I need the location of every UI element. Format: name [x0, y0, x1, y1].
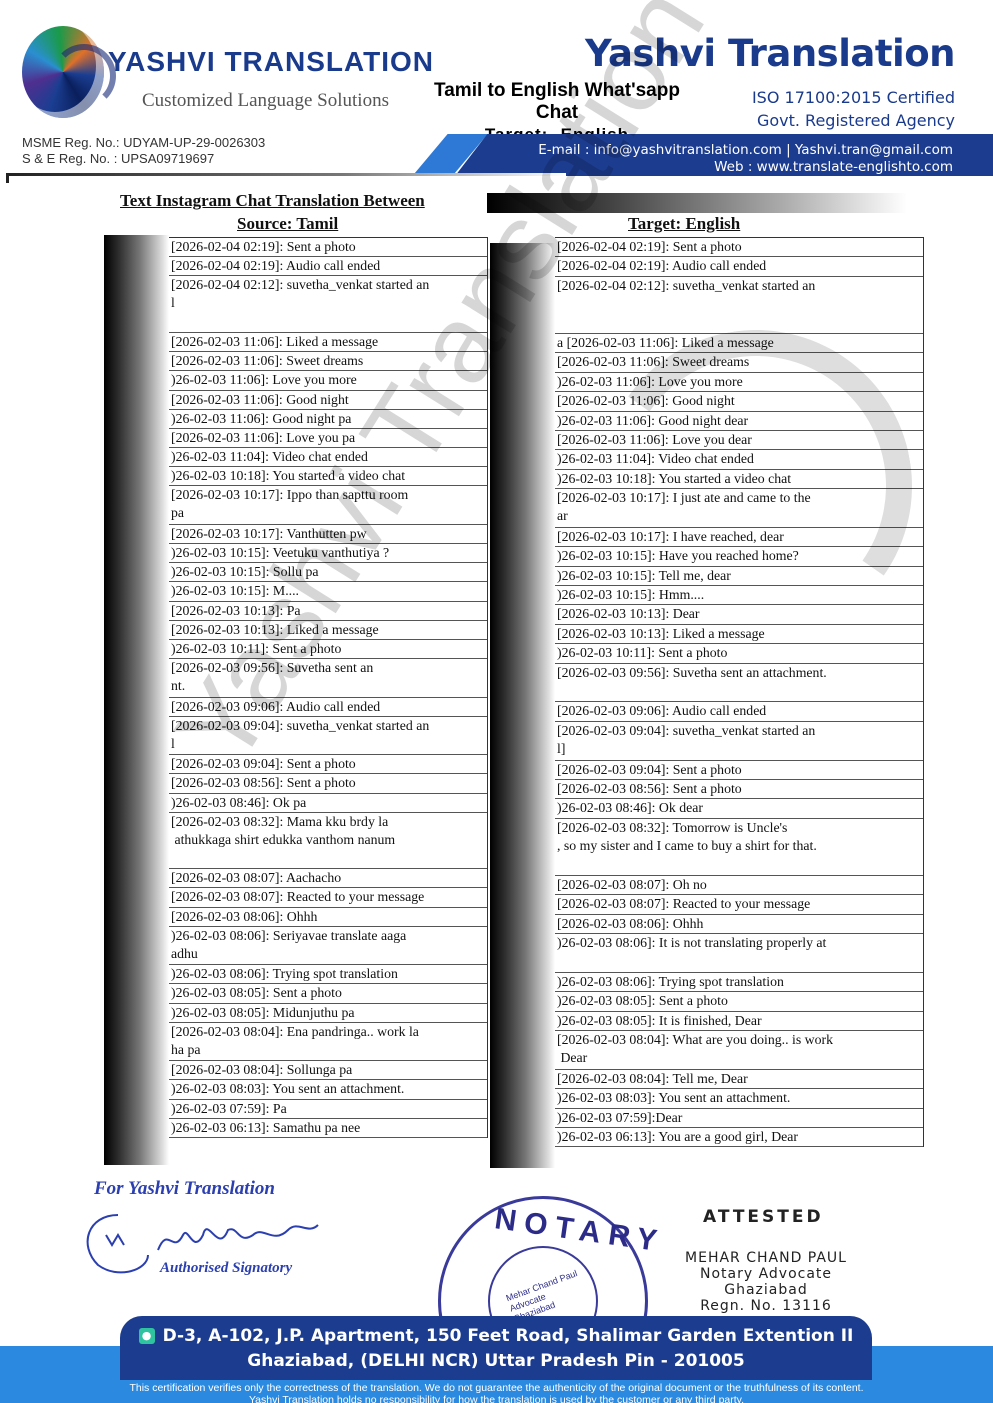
address-line-1: D-3, A-102, J.P. Apartment, 150 Feet Roa… [163, 1326, 854, 1346]
chat-row: )26-02-03 10:15]: M.... [169, 582, 487, 601]
document-title-main: Tamil to English What'sapp Chat [412, 80, 702, 124]
chat-row: )26-02-03 08:06]: Seriyavae translate aa… [169, 927, 487, 965]
table-title: Text Instagram Chat Translation Between [120, 191, 425, 211]
notary-details: MEHAR CHAND PAUL Notary Advocate Ghaziab… [676, 1250, 856, 1314]
office-address: ●D-3, A-102, J.P. Apartment, 150 Feet Ro… [120, 1324, 872, 1374]
chat-row: )26-02-03 07:59]:Dear [555, 1109, 923, 1128]
email-line[interactable]: E-mail : info@yashvitranslation.com | Ya… [538, 142, 953, 159]
redaction-shade-right [490, 243, 555, 1168]
brand-name-right: Yashvi Translation [585, 32, 955, 75]
chat-row: [2026-02-03 10:17]: I just ate and came … [555, 489, 923, 528]
chat-row: )26-02-03 10:11]: Sent a photo [169, 640, 487, 659]
chat-row: [2026-02-03 11:06]: Sweet dreams [169, 352, 487, 371]
chat-row: [2026-02-03 10:17]: I have reached, dear [555, 528, 923, 547]
chat-row: )26-02-03 08:05]: Midunjuthu pa [169, 1004, 487, 1023]
chat-row: )26-02-03 11:04]: Video chat ended [169, 448, 487, 467]
web-line[interactable]: Web : www.translate-englishto.com [538, 159, 953, 176]
redaction-bar [487, 193, 907, 213]
chat-row: [2026-02-04 02:19]: Audio call ended [169, 257, 487, 276]
source-heading: Source: Tamil [237, 214, 338, 234]
header-divider [6, 173, 566, 176]
chat-row: )26-02-03 10:18]: You started a video ch… [555, 470, 923, 489]
notary-regn: Regn. No. 13116 [676, 1298, 856, 1314]
chat-row: [2026-02-03 08:04]: Ena pandringa.. work… [169, 1023, 487, 1061]
notary-name: MEHAR CHAND PAUL [676, 1250, 856, 1266]
disclaimer-line-2: Yashvi Translation holds no responsibili… [0, 1394, 993, 1403]
chat-row: [2026-02-03 11:06]: Love you dear [555, 431, 923, 450]
chat-row: [2026-02-04 02:19]: Audio call ended [555, 257, 923, 276]
chat-row: )26-02-03 10:15]: Hmm.... [555, 586, 923, 605]
chat-row: [2026-02-03 10:13]: Dear [555, 605, 923, 624]
attested-stamp: ATTESTED [703, 1207, 824, 1227]
chat-row: [2026-02-03 09:56]: Suvetha sent an nt. [169, 659, 487, 697]
chat-row: [2026-02-03 08:04]: What are you doing..… [555, 1031, 923, 1070]
chat-row: [2026-02-03 08:32]: Tomorrow is Uncle's … [555, 819, 923, 876]
notary-title: Notary Advocate [676, 1266, 856, 1282]
chat-row: )26-02-03 06:13]: Samathu pa nee [169, 1119, 487, 1138]
chat-row: [2026-02-03 08:04]: Sollunga pa [169, 1061, 487, 1080]
location-pin-icon: ● [139, 1328, 155, 1344]
chat-row: )26-02-03 08:05]: Sent a photo [169, 984, 487, 1003]
chat-row: )26-02-03 10:18]: You started a video ch… [169, 467, 487, 486]
chat-row: )26-02-03 08:05]: It is finished, Dear [555, 1012, 923, 1031]
chat-row: )26-02-03 10:15]: Veetuku vanthutiya ? [169, 544, 487, 563]
chat-row: [2026-02-03 11:06]: Good night [555, 392, 923, 411]
chat-row: )26-02-03 11:04]: Video chat ended [555, 450, 923, 469]
chat-row: [2026-02-03 09:04]: Sent a photo [169, 755, 487, 774]
chat-row: [2026-02-03 10:17]: Vanthutten pw [169, 525, 487, 544]
chat-row: [2026-02-03 09:56]: Suvetha sent an atta… [555, 664, 923, 703]
target-column: [2026-02-04 02:19]: Sent a photo[2026-02… [555, 237, 924, 1147]
globe-logo-icon [22, 26, 104, 118]
chat-row: [2026-02-03 08:04]: Tell me, Dear [555, 1070, 923, 1089]
chat-row: )26-02-03 11:06]: Good night dear [555, 412, 923, 431]
chat-row: [2026-02-03 09:04]: suvetha_venkat start… [555, 722, 923, 761]
target-heading: Target: English [628, 214, 740, 234]
msme-reg: MSME Reg. No.: UDYAM-UP-29-0026303 [22, 135, 265, 151]
chat-row: )26-02-03 07:59]: Pa [169, 1100, 487, 1119]
brand-name-left: YASHVI TRANSLATION [108, 46, 434, 78]
chat-row: [2026-02-03 10:13]: Liked a message [555, 625, 923, 644]
chat-row: a [2026-02-03 11:06]: Liked a message [555, 334, 923, 353]
chat-row: [2026-02-03 08:56]: Sent a photo [555, 780, 923, 799]
disclaimer-line-1: This certification verifies only the cor… [0, 1382, 993, 1394]
chat-row: )26-02-03 10:15]: Tell me, dear [555, 567, 923, 586]
notary-city: Ghaziabad [676, 1282, 856, 1298]
registration-numbers: MSME Reg. No.: UDYAM-UP-29-0026303 S & E… [22, 135, 265, 167]
chat-row: [2026-02-03 08:32]: Mama kku brdy la ath… [169, 813, 487, 870]
chat-row: )26-02-03 10:15]: Sollu pa [169, 563, 487, 582]
redaction-shade-left [104, 235, 169, 1165]
chat-row: [2026-02-04 02:12]: suvetha_venkat start… [169, 276, 487, 333]
chat-row: [2026-02-03 10:13]: Liked a message [169, 621, 487, 640]
chat-row: )26-02-03 11:06]: Love you more [169, 371, 487, 390]
chat-row: )26-02-03 08:05]: Sent a photo [555, 992, 923, 1011]
chat-row: )26-02-03 10:15]: Have you reached home? [555, 547, 923, 566]
header-divider-tick [6, 173, 9, 183]
chat-row: )26-02-03 10:11]: Sent a photo [555, 644, 923, 663]
chat-row: [2026-02-03 08:07]: Oh no [555, 876, 923, 895]
chat-row: )26-02-03 08:03]: You sent an attachment… [169, 1080, 487, 1099]
source-column: [2026-02-04 02:19]: Sent a photo[2026-02… [169, 237, 488, 1138]
tagline: Customized Language Solutions [142, 90, 389, 112]
chat-row: )26-02-03 06:13]: You are a good girl, D… [555, 1128, 923, 1147]
chat-row: )26-02-03 11:06]: Love you more [555, 373, 923, 392]
chat-row: )26-02-03 11:06]: Good night pa [169, 410, 487, 429]
chat-row: )26-02-03 08:06]: Trying spot translatio… [555, 973, 923, 992]
chat-row: [2026-02-03 09:04]: Sent a photo [555, 761, 923, 780]
chat-row: [2026-02-03 11:06]: Sweet dreams [555, 353, 923, 372]
se-reg: S & E Reg. No. : UPSA09719697 [22, 151, 265, 167]
govt-registered: Govt. Registered Agency [752, 109, 955, 132]
chat-row: [2026-02-03 10:17]: Ippo than sapttu roo… [169, 486, 487, 524]
chat-row: [2026-02-03 09:04]: suvetha_venkat start… [169, 717, 487, 755]
iso-cert: ISO 17100:2015 Certified [752, 86, 955, 109]
contact-info: E-mail : info@yashvitranslation.com | Ya… [538, 142, 953, 176]
disclaimer: This certification verifies only the cor… [0, 1382, 993, 1403]
chat-row: [2026-02-04 02:19]: Sent a photo [555, 238, 923, 257]
chat-row: [2026-02-03 09:06]: Audio call ended [555, 702, 923, 721]
certification-info: ISO 17100:2015 Certified Govt. Registere… [752, 86, 955, 132]
chat-row: )26-02-03 08:06]: It is not translating … [555, 934, 923, 973]
chat-row: [2026-02-04 02:12]: suvetha_venkat start… [555, 277, 923, 334]
chat-row: [2026-02-03 08:07]: Aachacho [169, 869, 487, 888]
chat-row: )26-02-03 08:46]: Ok dear [555, 799, 923, 818]
chat-row: )26-02-03 08:03]: You sent an attachment… [555, 1089, 923, 1108]
authorised-signatory-label: Authorised Signatory [160, 1260, 292, 1277]
chat-row: [2026-02-04 02:19]: Sent a photo [169, 238, 487, 257]
chat-row: )26-02-03 08:46]: Ok pa [169, 794, 487, 813]
chat-row: [2026-02-03 11:06]: Liked a message [169, 333, 487, 352]
chat-row: [2026-02-03 11:06]: Good night [169, 391, 487, 410]
chat-row: [2026-02-03 10:13]: Pa [169, 602, 487, 621]
chat-row: [2026-02-03 09:06]: Audio call ended [169, 698, 487, 717]
chat-row: [2026-02-03 08:06]: Ohhh [555, 915, 923, 934]
chat-row: [2026-02-03 08:56]: Sent a photo [169, 774, 487, 793]
chat-row: [2026-02-03 08:06]: Ohhh [169, 908, 487, 927]
address-line-2: Ghaziabad, (DELHI NCR) Uttar Pradesh Pin… [120, 1349, 872, 1374]
chat-row: )26-02-03 08:06]: Trying spot translatio… [169, 965, 487, 984]
chat-row: [2026-02-03 08:07]: Reacted to your mess… [169, 888, 487, 907]
chat-row: [2026-02-03 11:06]: Love you pa [169, 429, 487, 448]
chat-row: [2026-02-03 08:07]: Reacted to your mess… [555, 895, 923, 914]
letterhead: YASHVI TRANSLATION Customized Language S… [0, 0, 993, 185]
